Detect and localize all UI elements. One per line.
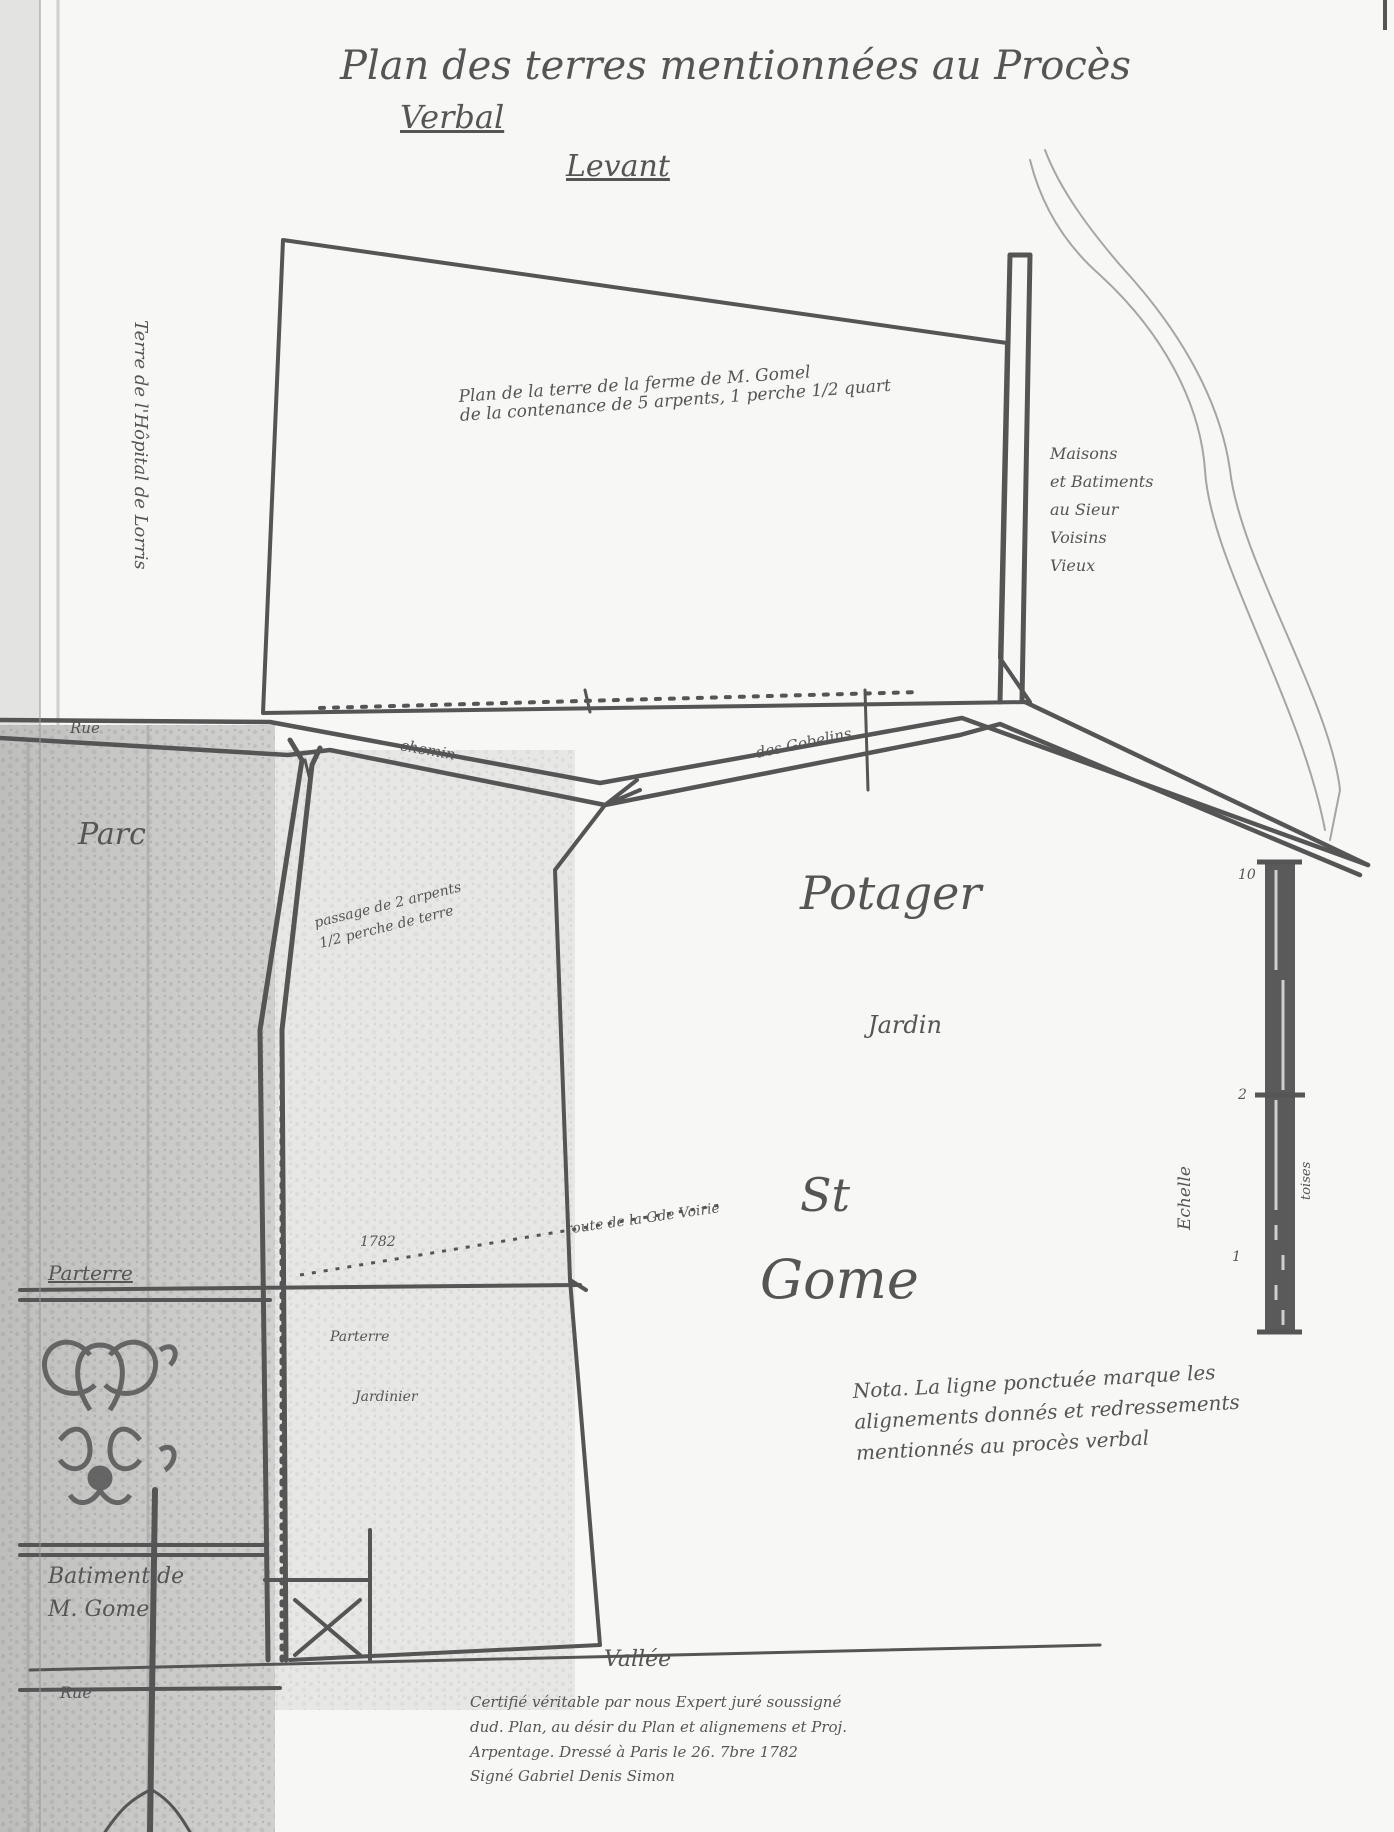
- label-rue-top: Rue: [70, 720, 100, 737]
- label-gome: Gome: [760, 1250, 919, 1309]
- scale-label: Echelle: [1176, 1166, 1195, 1230]
- signature-line: Signé Gabriel Denis Simon: [470, 1764, 847, 1789]
- map-drawing: [0, 0, 1394, 1832]
- right-note-line: au Sieur: [1050, 496, 1153, 524]
- right-side-note: Maisons et Batiments au Sieur Voisins Vi…: [1050, 440, 1153, 580]
- scale-tick-1: 1: [1232, 1250, 1241, 1265]
- map-sheet: Plan des terres mentionnées au Procès Ve…: [0, 0, 1394, 1832]
- label-st: St: [800, 1170, 850, 1221]
- signature-line: dud. Plan, au désir du Plan et alignemen…: [470, 1715, 847, 1740]
- map-title-continued: Verbal: [400, 100, 504, 135]
- right-note-line: Vieux: [1050, 552, 1153, 580]
- map-title: Plan des terres mentionnées au Procès: [340, 44, 1131, 88]
- label-vallee: Vallée: [604, 1648, 671, 1672]
- scale-units: toises: [1300, 1162, 1314, 1200]
- label-rue-bottom: Rue: [60, 1684, 92, 1702]
- orientation-label: Levant: [566, 150, 670, 183]
- batiment-line: Batiment de: [48, 1560, 184, 1593]
- right-note-line: Voisins: [1050, 524, 1153, 552]
- label-1782-mid: 1782: [360, 1235, 396, 1250]
- label-jardin: Jardin: [868, 1012, 942, 1038]
- label-batiment: Batiment de M. Gomel: [48, 1560, 184, 1626]
- scale-tick-2: 2: [1238, 1088, 1247, 1103]
- scale-bar: [1255, 862, 1305, 1332]
- label-parterre: Parterre: [48, 1262, 133, 1284]
- signature-block: Certifié véritable par nous Expert juré …: [470, 1690, 847, 1789]
- batiment-line: M. Gomel: [48, 1593, 184, 1626]
- label-parc: Parc: [78, 818, 146, 851]
- label-jardinier: Jardinier: [355, 1390, 418, 1405]
- right-note-line: et Batiments: [1050, 468, 1153, 496]
- label-parterre-side: Parterre: [330, 1330, 389, 1345]
- left-margin-vertical-label: Terre de l'Hôpital de Lorris: [130, 320, 150, 660]
- scale-tick-10: 10: [1238, 868, 1256, 883]
- parcel-upper: [263, 240, 1030, 713]
- label-potager: Potager: [800, 868, 981, 919]
- signature-line: Arpentage. Dressé à Paris le 26. 7bre 17…: [470, 1740, 847, 1765]
- road-vertical-right: [1000, 255, 1030, 702]
- right-note-line: Maisons: [1050, 440, 1153, 468]
- signature-line: Certifié véritable par nous Expert juré …: [470, 1690, 847, 1715]
